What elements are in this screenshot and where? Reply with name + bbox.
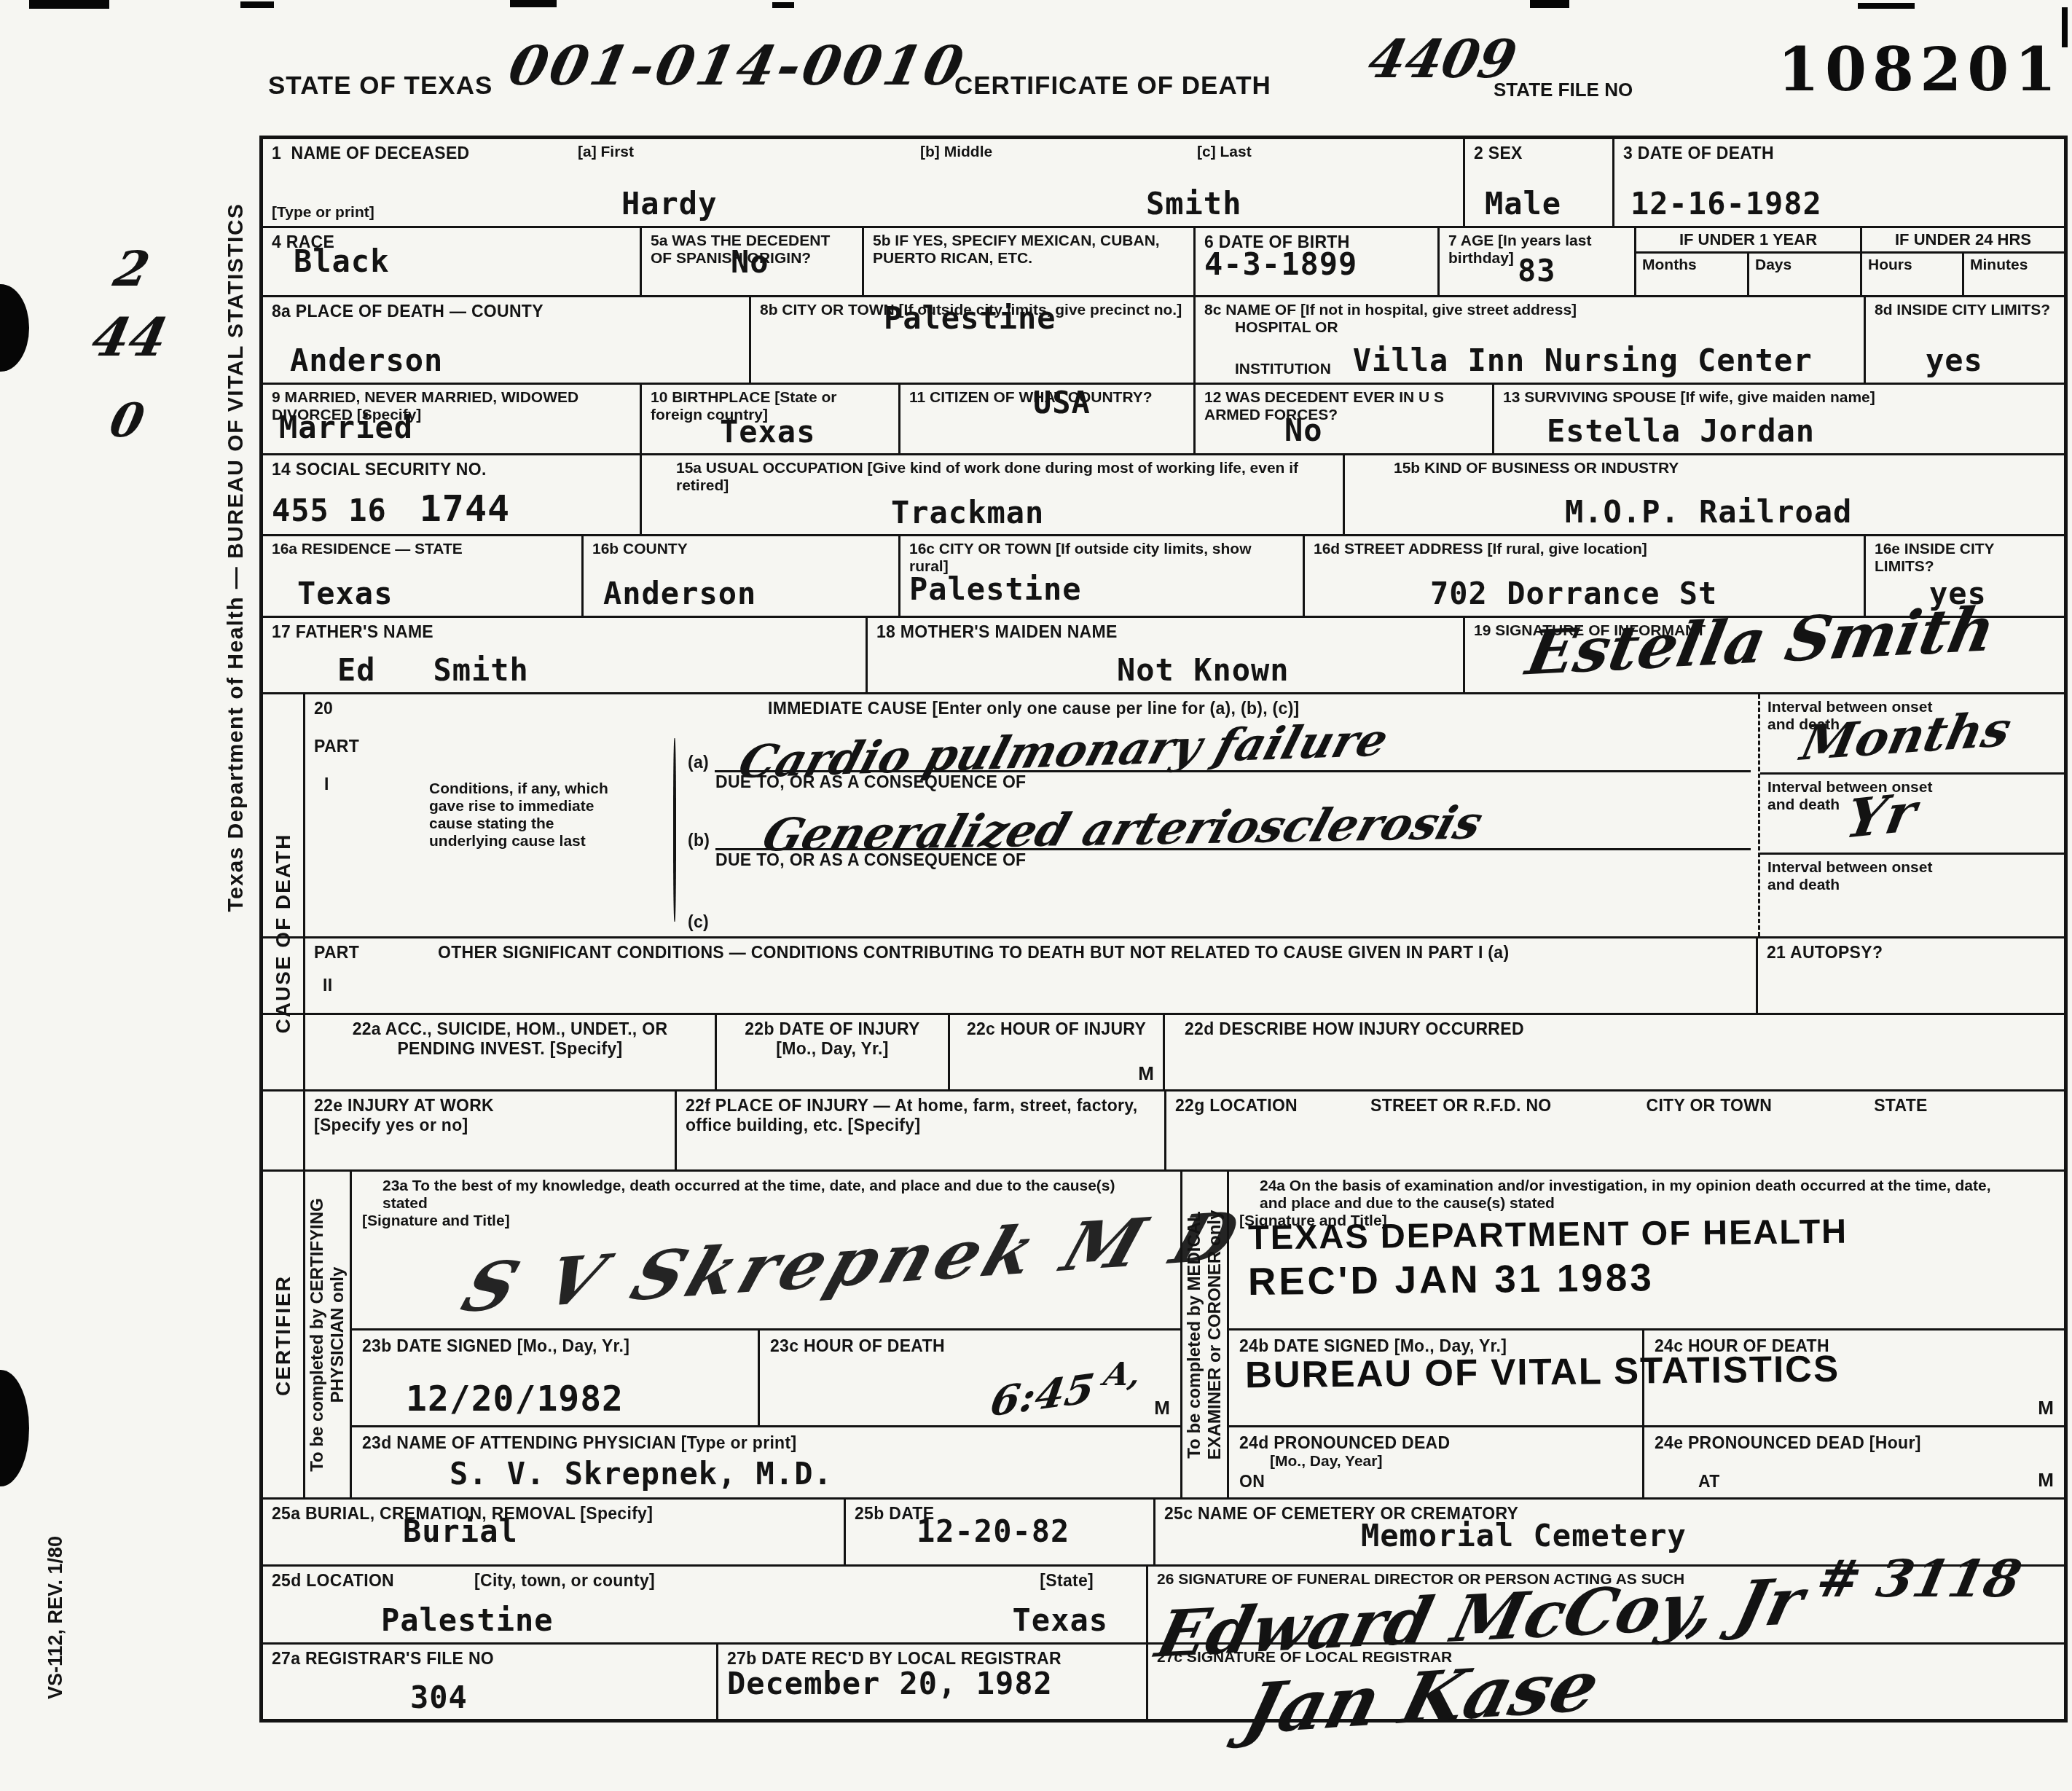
field-citizen: 11 CITIZEN OF WHAT COUNTRY? USA <box>900 385 1196 453</box>
field-race: 4 RACE Black <box>263 228 642 295</box>
minutes-label: Minutes <box>1970 256 2028 273</box>
row-injury-top: 22a ACC., SUICIDE, HOM., UNDET., OR PEND… <box>263 1015 2064 1092</box>
field-marital-status: 9 MARRIED, NEVER MARRIED, WIDOWED DIVORC… <box>263 385 642 453</box>
armed-forces-value: No <box>1204 412 1483 448</box>
field-24e: 24e PRONOUNCED DEAD [Hour] AT M <box>1644 1427 2064 1497</box>
interval-value-b: Yr <box>1841 781 1921 850</box>
scan-artifact <box>2062 7 2068 47</box>
months-cell: Months <box>1636 254 1749 295</box>
injury-location-label: 22g LOCATION <box>1175 1096 1298 1116</box>
pronounced-hour-label: 24e PRONOUNCED DEAD [Hour] <box>1655 1433 2054 1453</box>
registrar-file-no-value: 304 <box>272 1680 707 1715</box>
pronounced-hour-at: AT <box>1698 1472 2054 1492</box>
ssn-value: 455 16 <box>272 493 387 528</box>
row-registrar: 27a REGISTRAR'S FILE NO 304 27b DATE REC… <box>263 1645 2064 1720</box>
funeral-director-number: # 3118 <box>1811 1548 2027 1609</box>
death-city-value: Palestine <box>760 300 1185 336</box>
occupation-label: 15a USUAL OCCUPATION [Give kind of work … <box>651 460 1334 495</box>
field-24d: 24d PRONOUNCED DEAD [Mo., Day, Year] ON <box>1229 1427 1644 1497</box>
field-ssn: 14 SOCIAL SECURITY NO. 455 16 1744 <box>263 455 642 534</box>
industry-value: M.O.P. Railroad <box>1354 494 2055 530</box>
pronounced-dead-on: ON <box>1239 1472 1632 1492</box>
part2-text: OTHER SIGNIFICANT CONDITIONS — CONDITION… <box>438 943 1747 963</box>
field-registrar-file-no: 27a REGISTRAR'S FILE NO 304 <box>263 1645 718 1720</box>
death-county-label: 8a PLACE OF DEATH — COUNTY <box>272 302 740 321</box>
citizen-value: USA <box>909 385 1185 420</box>
residence-city-label: 16c CITY OR TOWN [If outside city limits… <box>909 541 1294 576</box>
field-date-of-death: 3 DATE OF DEATH 12-16-1982 <box>1614 139 2064 226</box>
field-23a: 23a To the best of my knowledge, death o… <box>352 1172 1180 1330</box>
minutes-cell: Minutes <box>1964 254 2064 295</box>
injury-at-work-label: 22e INJURY AT WORK [Specify yes or no] <box>314 1096 503 1135</box>
date-of-death-label: 3 DATE OF DEATH <box>1623 144 2055 163</box>
hospital-value: Villa Inn Nursing Center <box>1353 342 1813 378</box>
field-father-name: 17 FATHER'S NAME Ed Smith <box>263 618 868 692</box>
field-birthplace: 10 BIRTHPLACE [State or foreign country]… <box>642 385 900 453</box>
race-value: Black <box>272 243 631 279</box>
conditions-note-cell: Conditions, if any, which gave rise to i… <box>407 694 680 936</box>
handwritten-local-number: 001-014-0010 <box>503 35 972 98</box>
part1-roman: I <box>324 775 399 794</box>
certifier-date-hour-row: 23b DATE SIGNED [Mo., Day, Yr.] 12/20/19… <box>352 1330 1180 1427</box>
field-funeral-director-signature: 26 SIGNATURE OF FUNERAL DIRECTOR OR PERS… <box>1148 1567 2064 1642</box>
field-disposition-location: 25d LOCATION [City, town, or county] [St… <box>263 1567 1148 1642</box>
age-value: 83 <box>1448 253 1625 289</box>
certificate-form: 1 NAME OF DECEASED [Type or print] [a] F… <box>259 136 2068 1723</box>
row-disposition: 25a BURIAL, CREMATION, REMOVAL [Specify]… <box>263 1500 2064 1567</box>
surviving-spouse-label: 13 SURVIVING SPOUSE [If wife, give maide… <box>1503 389 2055 407</box>
scan-artifact <box>29 0 109 9</box>
field-death-county: 8a PLACE OF DEATH — COUNTY Anderson <box>263 297 751 383</box>
examiner-strip-cell: To be completed by MEDICAL EXAMINER or C… <box>1182 1172 1229 1497</box>
immediate-cause-cell: IMMEDIATE CAUSE [Enter only one cause pe… <box>680 694 1758 936</box>
row-parents-informant: 17 FATHER'S NAME Ed Smith 18 MOTHER'S MA… <box>263 618 2064 694</box>
field-surviving-spouse: 13 SURVIVING SPOUSE [If wife, give maide… <box>1494 385 2064 453</box>
row-marital: 9 MARRIED, NEVER MARRIED, WIDOWED DIVORC… <box>263 385 2064 455</box>
hospital-label-line2: HOSPITAL OR <box>1235 319 1855 337</box>
cause-b-rule: Generalized arteriosclerosis <box>715 798 1751 850</box>
under-1-year-header: IF UNDER 1 YEAR <box>1636 228 1860 254</box>
hours-cell: Hours <box>1862 254 1964 295</box>
marital-value: Married <box>272 409 631 445</box>
field-mother-name: 18 MOTHER'S MAIDEN NAME Not Known <box>868 618 1465 692</box>
field-last-name: [c] Last Smith <box>1188 139 1465 226</box>
days-cell: Days <box>1749 254 1860 295</box>
date-received-value: December 20, 1982 <box>727 1666 1137 1701</box>
interval-cell-b: Interval between onset and death Yr <box>1760 775 2064 855</box>
field-if-under-24-hrs: IF UNDER 24 HRS Hours Minutes <box>1862 228 2064 295</box>
received-stamp-line2: REC'D JAN 31 1983 <box>1248 1255 1655 1304</box>
birthplace-value: Texas <box>651 414 890 450</box>
registrar-file-no-label: 27a REGISTRAR'S FILE NO <box>272 1649 707 1669</box>
residence-city-value: Palestine <box>909 571 1294 607</box>
date-of-death-value: 12-16-1982 <box>1623 186 2055 222</box>
scan-artifact <box>510 0 557 7</box>
injury-location-city-label: CITY OR TOWN <box>1647 1096 1773 1116</box>
field-armed-forces: 12 WAS DECEDENT EVER IN U S ARMED FORCES… <box>1196 385 1494 453</box>
pronounced-dead-label: 24d PRONOUNCED DEAD <box>1239 1433 1632 1453</box>
cause-a-rule: Cardio pulmonary failure <box>715 720 1751 772</box>
received-stamp-line3: BUREAU OF VITAL STATISTICS <box>1245 1347 1840 1397</box>
interval-cell-c: Interval between onset and death <box>1760 855 2064 936</box>
injury-describe-label: 22d DESCRIBE HOW INJURY OCCURRED <box>1185 1019 2055 1039</box>
disposition-date-value: 12-20-82 <box>855 1513 1145 1549</box>
residence-inside-limits-label: 16e INSIDE CITY LIMITS? <box>1875 541 2055 576</box>
hour-of-death-label: 23c HOUR OF DEATH <box>770 1336 1170 1356</box>
mother-name-label: 18 MOTHER'S MAIDEN NAME <box>876 622 1454 642</box>
field-injury-at-work: 22e INJURY AT WORK [Specify yes or no] <box>305 1092 677 1169</box>
disposition-location-header: 25d LOCATION [City, town, or county] [St… <box>272 1571 1137 1591</box>
disposition-type-value: Burial <box>272 1513 835 1549</box>
form-code-vertical-text: VS-112, REV. 1/80 <box>35 1497 76 1738</box>
sex-value: Male <box>1474 186 1604 222</box>
mother-name-value: Not Known <box>876 652 1454 688</box>
disposition-location-values: Palestine Texas <box>272 1602 1137 1638</box>
industry-label: 15b KIND OF BUSINESS OR INDUSTRY <box>1354 460 2055 477</box>
conditions-note: Conditions, if any, which gave rise to i… <box>429 780 611 851</box>
agency-vertical-label: Texas Department of Health — BUREAU OF V… <box>224 142 248 973</box>
last-name-value: Smith <box>1146 186 1454 222</box>
row-location-director: 25d LOCATION [City, town, or county] [St… <box>263 1567 2064 1645</box>
margin-handwritten-digit: 2 <box>109 240 155 297</box>
injury-location-state-label: STATE <box>1874 1096 1927 1116</box>
field-injury-place: 22f PLACE OF INJURY — At home, farm, str… <box>677 1092 1166 1169</box>
field-23b: 23b DATE SIGNED [Mo., Day, Yr.] 12/20/19… <box>352 1330 760 1425</box>
hospital-label-line1: 8c NAME OF [If not in hospital, give str… <box>1204 302 1855 319</box>
sex-label: 2 SEX <box>1474 144 1604 163</box>
residence-county-label: 16b COUNTY <box>592 541 890 558</box>
physician-half: 23a To the best of my knowledge, death o… <box>352 1172 1182 1497</box>
scan-artifact <box>772 2 794 8</box>
disposition-location-value: Palestine <box>272 1602 554 1638</box>
date-signed-value: 12/20/1982 <box>362 1379 747 1419</box>
field-23d: 23d NAME OF ATTENDING PHYSICIAN [Type or… <box>352 1427 1180 1497</box>
row-ssn-occupation: 14 SOCIAL SECURITY NO. 455 16 1744 15a U… <box>263 455 2064 536</box>
examiner-statement-label: 24a On the basis of examination and/or i… <box>1239 1177 2012 1212</box>
hospital-label-line3: INSTITUTION <box>1235 361 1331 378</box>
certificate-title: CERTIFICATE OF DEATH <box>954 71 1271 101</box>
row-name: 1 NAME OF DECEASED [Type or print] [a] F… <box>263 139 2064 228</box>
interval-cell-a: Interval between onset and death Months <box>1760 694 2064 775</box>
residence-state-value: Texas <box>272 576 573 611</box>
stamped-file-number: 108201 <box>1778 35 2062 105</box>
cause-number: 20 <box>314 699 399 718</box>
injury-hour-m: M <box>1138 1062 1154 1085</box>
field-age: 7 AGE [In years last birthday] 83 <box>1440 228 1636 295</box>
pronounced-dead-sub: [Mo., Day, Year] <box>1270 1453 1632 1470</box>
agency-vertical-text: Texas Department of Health — BUREAU OF V… <box>216 138 256 976</box>
field-date-received: 27b DATE REC'D BY LOCAL REGISTRAR Decemb… <box>718 1645 1148 1720</box>
death-inside-limits-label: 8d INSIDE CITY LIMITS? <box>1875 302 2055 319</box>
field-injury-describe: 22d DESCRIBE HOW INJURY OCCURRED <box>1165 1015 2064 1089</box>
injury-place-label: 22f PLACE OF INJURY — At home, farm, str… <box>686 1096 1155 1135</box>
attending-physician-value: S. V. Skrepnek, M.D. <box>362 1456 1170 1492</box>
field-injury-location: 22g LOCATION STREET OR R.F.D. NO CITY OR… <box>1166 1092 2064 1169</box>
field-local-registrar-signature: 27c SIGNATURE OF LOCAL REGISTRAR Jan Kas… <box>1148 1645 2064 1720</box>
scan-artifact <box>1858 3 1915 9</box>
state-file-no-label: STATE FILE NO <box>1494 79 1633 101</box>
cause-a-letter: (a) <box>688 753 709 772</box>
injury-manner-label: 22a ACC., SUICIDE, HOM., UNDET., OR PEND… <box>314 1019 706 1059</box>
hours-label: Hours <box>1868 256 1912 273</box>
state-of-texas-label: STATE OF TEXAS <box>268 71 493 101</box>
row-cause-part2: PART II OTHER SIGNIFICANT CONDITIONS — C… <box>263 938 2064 1015</box>
part2-label-cell: PART II <box>305 938 407 1013</box>
examiner-hour-m: M <box>2038 1397 2054 1419</box>
spanish-origin-value: No <box>651 244 853 280</box>
form-code-label: VS-112, REV. 1/80 <box>44 1501 67 1734</box>
last-name-label: [c] Last <box>1197 144 1454 161</box>
first-name-value: Hardy <box>578 186 903 222</box>
hole-punch <box>0 284 29 372</box>
field-residence-city: 16c CITY OR TOWN [If outside city limits… <box>900 536 1305 616</box>
ssn-value-2: 1744 <box>420 487 510 530</box>
examiner-half: 24a On the basis of examination and/or i… <box>1229 1172 2064 1497</box>
part2-text-cell: OTHER SIGNIFICANT CONDITIONS — CONDITION… <box>407 938 1758 1013</box>
residence-county-value: Anderson <box>592 576 890 611</box>
immediate-cause-label: IMMEDIATE CAUSE [Enter only one cause pe… <box>768 699 1758 718</box>
autopsy-label: 21 AUTOPSY? <box>1767 943 2055 963</box>
hour-of-death-value: 6:45 <box>988 1365 1098 1427</box>
pronounced-dead-row: 24d PRONOUNCED DEAD [Mo., Day, Year] ON … <box>1229 1427 2064 1497</box>
attending-physician-label: 23d NAME OF ATTENDING PHYSICIAN [Type or… <box>362 1433 1170 1453</box>
disposition-state-value: Texas <box>1013 1602 1108 1638</box>
examiner-strip-label: To be completed by MEDICAL EXAMINER or C… <box>1185 1182 1225 1488</box>
months-label: Months <box>1642 256 1697 273</box>
first-name-label: [a] First <box>578 144 903 161</box>
certify-signature-title-label: [Signature and Title] <box>362 1212 510 1229</box>
part2-label: PART <box>314 943 399 963</box>
margin-handwritten-digit: 0 <box>105 393 149 448</box>
middle-name-label: [b] Middle <box>920 144 1180 161</box>
field-death-city: 8b CITY OR TOWN [If outside city limits,… <box>751 297 1196 383</box>
field-spanish-origin: 5a WAS THE DECEDENT OF SPANISH ORIGIN? N… <box>642 228 864 295</box>
name-label-sub: [Type or print] <box>272 204 560 222</box>
pronounced-hour-m: M <box>2038 1469 2054 1492</box>
row-place-of-death: 8a PLACE OF DEATH — COUNTY Anderson 8b C… <box>263 297 2064 385</box>
injury-date-label: 22b DATE OF INJURY [Mo., Day, Yr.] <box>726 1019 939 1059</box>
name-label: 1 NAME OF DECEASED <box>272 144 560 163</box>
field-industry: 15b KIND OF BUSINESS OR INDUSTRY M.O.P. … <box>1345 455 2064 534</box>
disposition-state-label: [State] <box>1040 1571 1094 1591</box>
physician-strip-cell: To be completed by CERTIFYING PHYSICIAN … <box>305 1172 352 1497</box>
cause-line-a: (a) Cardio pulmonary failure <box>680 720 1758 772</box>
death-certificate-scan: Texas Department of Health — BUREAU OF V… <box>0 0 2072 1791</box>
ssn-value-row: 455 16 1744 <box>272 487 631 530</box>
spanish-specify-label: 5b IF YES, SPECIFY MEXICAN, CUBAN, PUERT… <box>873 232 1185 267</box>
physician-strip-label: To be completed by CERTIFYING PHYSICIAN … <box>307 1182 348 1488</box>
field-if-under-1-year: IF UNDER 1 YEAR Months Days <box>1636 228 1862 295</box>
field-residence-county: 16b COUNTY Anderson <box>584 536 900 616</box>
field-residence-state: 16a RESIDENCE — STATE Texas <box>263 536 584 616</box>
residence-state-label: 16a RESIDENCE — STATE <box>272 541 573 558</box>
certify-statement-label: 23a To the best of my knowledge, death o… <box>362 1177 1127 1212</box>
part1-label: PART <box>314 737 399 756</box>
scan-artifact <box>240 1 274 8</box>
date-signed-label: 23b DATE SIGNED [Mo., Day, Yr.] <box>362 1336 747 1356</box>
field-hospital: 8c NAME OF [If not in hospital, give str… <box>1196 297 1866 383</box>
hour-of-death-ampm: A, <box>1100 1356 1144 1393</box>
field-name-of-deceased-label: 1 NAME OF DECEASED [Type or print] <box>263 139 569 226</box>
field-first-name: [a] First Hardy <box>569 139 911 226</box>
father-name-value: Ed Smith <box>272 652 857 688</box>
hospital-value-row: INSTITUTION Villa Inn Nursing Center <box>1204 342 1855 378</box>
field-informant-signature: 19 SIGNATURE OF INFORMANT Estella Smith <box>1465 618 2064 692</box>
row-race-dob: 4 RACE Black 5a WAS THE DECEDENT OF SPAN… <box>263 228 2064 297</box>
received-stamp-line1: TEXAS DEPARTMENT OF HEALTH <box>1248 1211 1848 1258</box>
field-disposition-date: 25b DATE 12-20-82 <box>846 1500 1155 1564</box>
scan-artifact <box>1530 0 1569 8</box>
header: STATE OF TEXAS 001-014-0010 CERTIFICATE … <box>262 22 2055 131</box>
interval-label-c: Interval between onset and death <box>1767 859 1957 894</box>
field-injury-hour: 22c HOUR OF INJURY M <box>950 1015 1165 1089</box>
field-23c: 23c HOUR OF DEATH 6:45 A, M <box>760 1330 1180 1425</box>
field-occupation: 15a USUAL OCCUPATION [Give kind of work … <box>642 455 1345 534</box>
under-1-year-cells: Months Days <box>1636 254 1860 295</box>
cause-line-b: (b) Generalized arteriosclerosis <box>680 798 1758 850</box>
row-cause-part1: 20 PART I Conditions, if any, which gave… <box>263 694 2064 938</box>
field-date-of-birth: 6 DATE OF BIRTH 4-3-1899 <box>1196 228 1440 295</box>
hole-punch <box>0 1370 29 1486</box>
field-injury-date: 22b DATE OF INJURY [Mo., Day, Yr.] <box>717 1015 950 1089</box>
injury-location-street-label: STREET OR R.F.D. NO <box>1370 1096 1552 1116</box>
part2-roman: II <box>323 976 399 995</box>
margin-handwritten-digit: 44 <box>87 306 173 368</box>
disposition-location-label: 25d LOCATION <box>272 1571 394 1591</box>
father-name-label: 17 FATHER'S NAME <box>272 622 857 642</box>
interval-column: Interval between onset and death Months … <box>1758 694 2064 936</box>
field-death-inside-limits: 8d INSIDE CITY LIMITS? yes <box>1866 297 2064 383</box>
field-injury-manner: 22a ACC., SUICIDE, HOM., UNDET., OR PEND… <box>305 1015 717 1089</box>
field-autopsy: 21 AUTOPSY? <box>1758 938 2064 1013</box>
cause-b-letter: (b) <box>688 831 710 850</box>
part1-label-cell: 20 PART I <box>305 694 407 936</box>
row-injury-bottom: 22e INJURY AT WORK [Specify yes or no] 2… <box>263 1092 2064 1172</box>
under-24-hrs-cells: Hours Minutes <box>1862 254 2064 295</box>
death-inside-limits-value: yes <box>1875 342 2055 378</box>
surviving-spouse-value: Estella Jordan <box>1503 413 2055 449</box>
injury-hour-label: 22c HOUR OF INJURY <box>959 1019 1154 1039</box>
disposition-location-sub: [City, town, or county] <box>474 1571 655 1591</box>
row-certifier: To be completed by CERTIFYING PHYSICIAN … <box>263 1172 2064 1500</box>
residence-street-label: 16d STREET ADDRESS [If rural, give locat… <box>1314 541 1855 558</box>
field-disposition-type: 25a BURIAL, CREMATION, REMOVAL [Specify]… <box>263 1500 846 1564</box>
field-spanish-specify: 5b IF YES, SPECIFY MEXICAN, CUBAN, PUERT… <box>864 228 1196 295</box>
conditions-brace <box>673 738 676 922</box>
cause-c-letter: (c) <box>688 912 1758 932</box>
days-label: Days <box>1755 256 1792 273</box>
date-of-birth-value: 4-3-1899 <box>1204 246 1429 282</box>
death-county-value: Anderson <box>272 342 740 378</box>
hour-of-death-m: M <box>1154 1397 1170 1419</box>
under-24-hrs-header: IF UNDER 24 HRS <box>1862 228 2064 254</box>
ssn-label: 14 SOCIAL SECURITY NO. <box>272 460 631 479</box>
injury-location-header: 22g LOCATION STREET OR R.F.D. NO CITY OR… <box>1175 1096 2055 1116</box>
physician-signature: S V Skrepnek M D <box>453 1196 1252 1328</box>
occupation-value: Trackman <box>651 495 1334 530</box>
field-sex: 2 SEX Male <box>1465 139 1614 226</box>
